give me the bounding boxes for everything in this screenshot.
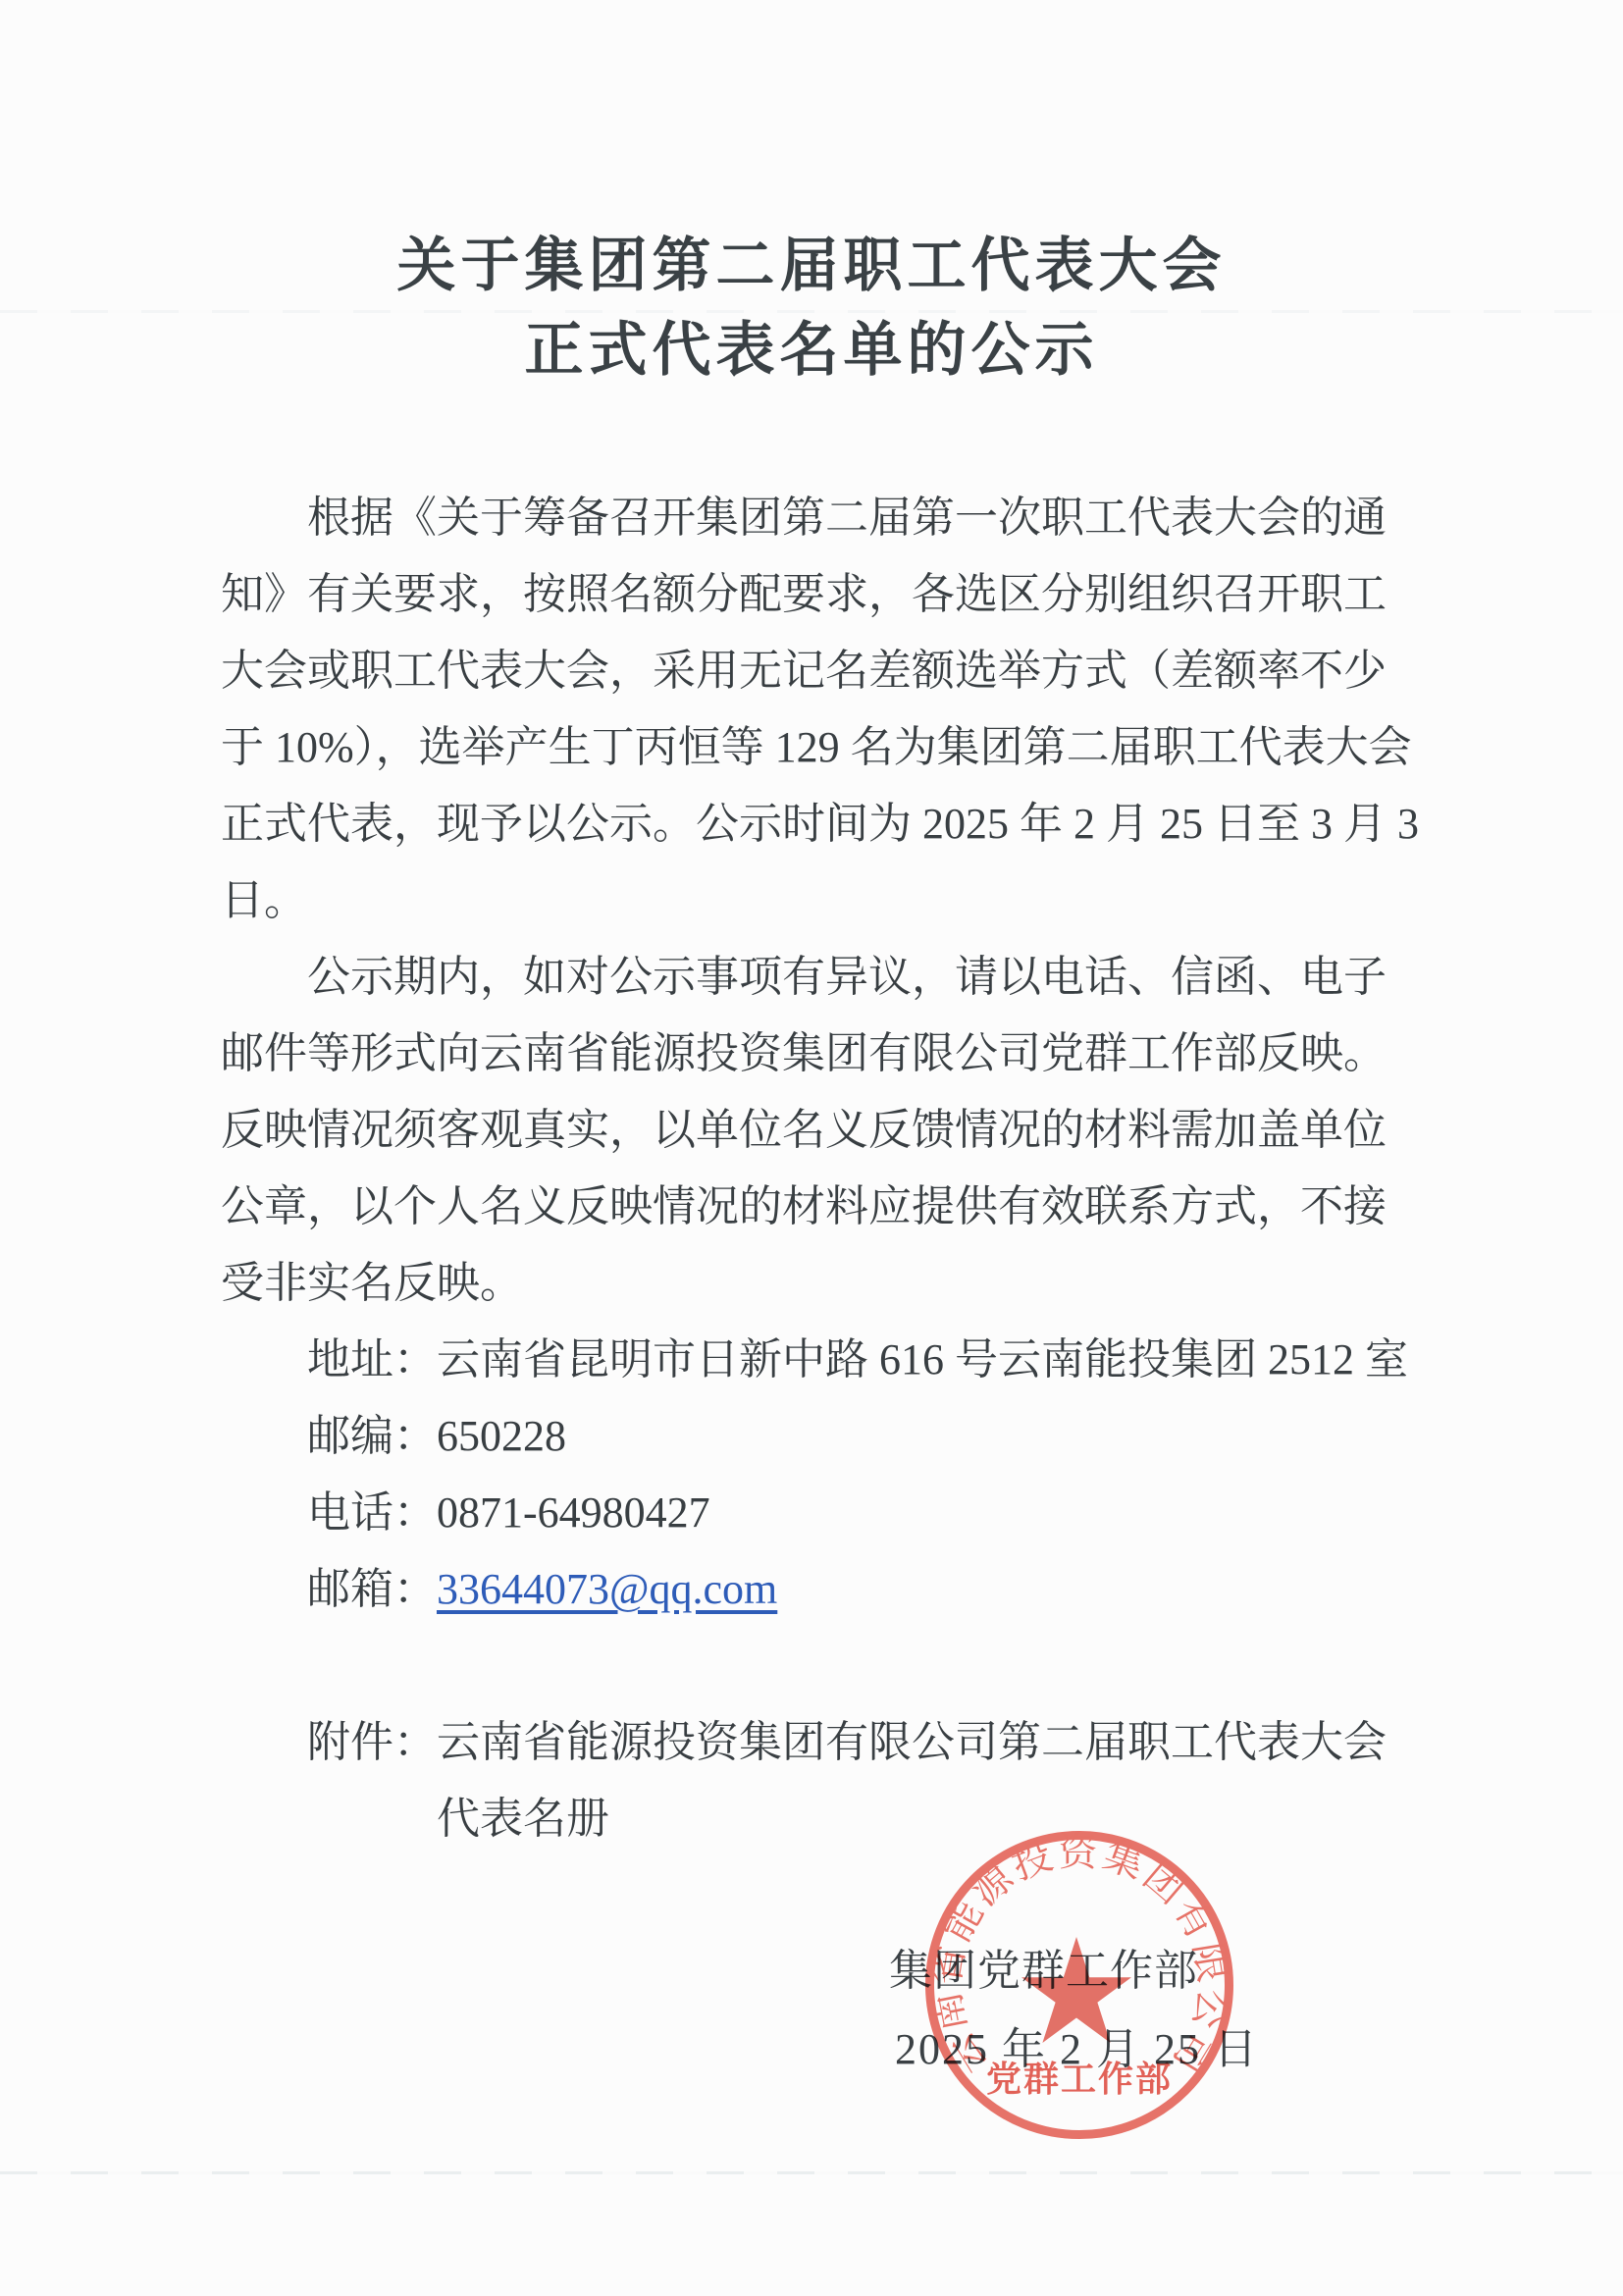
attachment-continuation: 代表名册 <box>221 1781 1447 1857</box>
seal-department-text: 党群工作部 <box>925 2052 1233 2102</box>
paragraph-2-line: 公示期内，如对公示事项有异议，请以电话、信函、电子 <box>221 939 1447 1016</box>
paragraph-1-line: 正式代表，现予以公示。公示时间为 2025 年 2 月 25 日至 3 月 3 <box>221 786 1447 862</box>
paragraph-1-line: 于 10%），选举产生丁丙恒等 129 名为集团第二届职工代表大会 <box>221 709 1447 786</box>
address-value: 云南省昆明市日新中路 616 号云南能投集团 2512 室 <box>437 1335 1408 1383</box>
paragraph-2-line: 受非实名反映。 <box>221 1245 1447 1322</box>
blank-line <box>221 1628 1447 1704</box>
paragraph-1-line: 日。 <box>221 862 1447 939</box>
address-label: 地址： <box>307 1335 437 1383</box>
attachment-label: 附件： <box>307 1718 437 1766</box>
paragraph-2-line: 反映情况须客观真实，以单位名义反馈情况的材料需加盖单位 <box>221 1092 1447 1169</box>
phone-value: 0871-64980427 <box>437 1488 710 1537</box>
paragraph-2-line: 公章，以个人名义反映情况的材料应提供有效联系方式，不接 <box>221 1169 1447 1245</box>
official-seal: 云南省能源投资集团有限公司 党群工作部 <box>925 1831 1233 2139</box>
attachment-title: 云南省能源投资集团有限公司第二届职工代表大会 <box>437 1718 1387 1766</box>
document-body: 根据《关于筹备召开集团第二届第一次职工代表大会的通 知》有关要求，按照名额分配要… <box>221 480 1447 1857</box>
contact-email-line: 邮箱：33644073@qq.com <box>221 1551 1447 1628</box>
postcode-label: 邮编： <box>307 1412 437 1460</box>
contact-postcode-line: 邮编：650228 <box>221 1398 1447 1475</box>
email-label: 邮箱： <box>307 1565 437 1613</box>
contact-address-line: 地址：云南省昆明市日新中路 616 号云南能投集团 2512 室 <box>221 1322 1447 1398</box>
paragraph-1-line: 知》有关要求，按照名额分配要求，各选区分别组织召开职工 <box>221 556 1447 633</box>
title-line-2: 正式代表名单的公示 <box>0 308 1623 392</box>
phone-label: 电话： <box>307 1488 437 1537</box>
scan-artifact <box>0 2171 1623 2174</box>
contact-phone-line: 电话：0871-64980427 <box>221 1475 1447 1551</box>
paragraph-1-line: 根据《关于筹备召开集团第二届第一次职工代表大会的通 <box>221 480 1447 556</box>
postcode-value: 650228 <box>437 1412 566 1460</box>
paragraph-1-line: 大会或职工代表大会，采用无记名差额选举方式（差额率不少 <box>221 633 1447 709</box>
title-line-1: 关于集团第二届职工代表大会 <box>0 224 1623 308</box>
document-page: 关于集团第二届职工代表大会 正式代表名单的公示 根据《关于筹备召开集团第二届第一… <box>0 0 1623 2296</box>
attachment-line: 附件：云南省能源投资集团有限公司第二届职工代表大会 <box>221 1704 1447 1781</box>
paragraph-2-line: 邮件等形式向云南省能源投资集团有限公司党群工作部反映。 <box>221 1016 1447 1092</box>
document-title: 关于集团第二届职工代表大会 正式代表名单的公示 <box>0 224 1623 392</box>
email-link[interactable]: 33644073@qq.com <box>437 1565 777 1613</box>
